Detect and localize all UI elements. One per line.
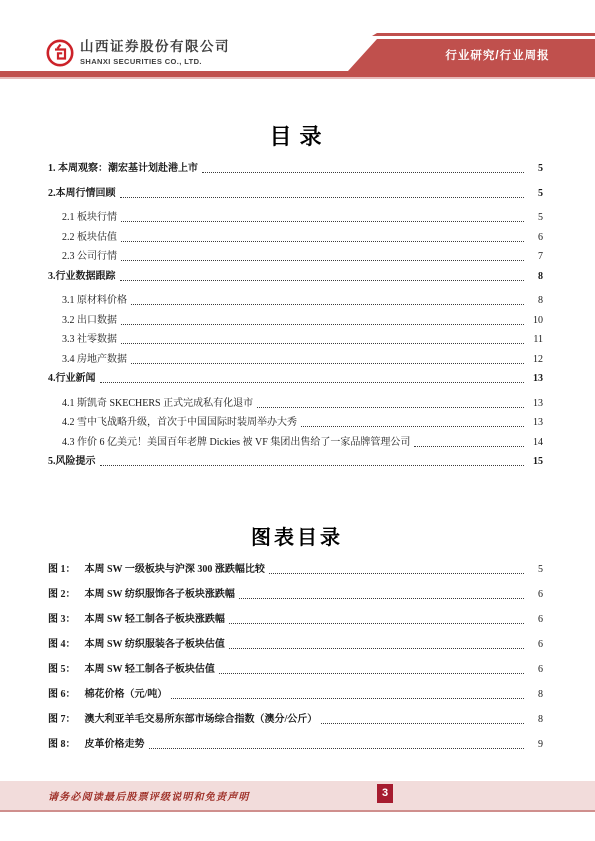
- figure-label: 本周 SW 一级板块与沪深 300 涨跌幅比较: [85, 563, 265, 576]
- toc-row[interactable]: 2.本周行情回顾5: [48, 188, 543, 201]
- toc-entry-page: 12: [527, 354, 543, 367]
- dot-leader: [269, 573, 524, 574]
- toc-entry-label: 2.2 板块估值: [62, 232, 117, 245]
- figure-row[interactable]: 图 2：本周 SW 纺织服饰各子板块涨跌幅6: [48, 588, 543, 601]
- figure-number: 图 6：: [48, 688, 76, 701]
- dot-leader: [301, 426, 524, 427]
- toc-entry-page: 6: [527, 232, 543, 245]
- figure-page: 6: [527, 638, 543, 651]
- figure-row[interactable]: 图 3：本周 SW 轻工制各子板块涨跌幅6: [48, 613, 543, 626]
- toc-row[interactable]: 3.行业数据跟踪8: [48, 271, 543, 284]
- toc-row[interactable]: 3.4 房地产数据12: [48, 354, 543, 367]
- figure-page: 6: [527, 613, 543, 626]
- figure-label: 本周 SW 轻工制各子板块估值: [85, 663, 215, 676]
- dot-leader: [121, 343, 524, 344]
- toc-row[interactable]: 2.2 板块估值6: [48, 232, 543, 245]
- toc-entry-label: 2.本周行情回顾: [48, 188, 116, 201]
- toc-row[interactable]: 4.2 雪中飞战略升级，首次于中国国际时装周举办大秀13: [48, 417, 543, 430]
- figure-label: 皮革价格走势: [85, 738, 145, 751]
- header-rule-light: [0, 77, 595, 79]
- toc-entry-page: 8: [527, 295, 543, 308]
- report-page: 山西证券股份有限公司 SHANXI SECURITIES CO., LTD. 行…: [0, 0, 595, 841]
- dot-leader: [100, 382, 525, 383]
- figure-row[interactable]: 图 4：本周 SW 纺织服装各子板块估值6: [48, 638, 543, 651]
- toc-row[interactable]: 4.1 斯凯奇 SKECHERS 正式完成私有化退市13: [48, 398, 543, 411]
- figure-page: 9: [527, 738, 543, 751]
- toc-entry-page: 8: [527, 271, 543, 284]
- figure-number: 图 1：: [48, 563, 76, 576]
- dot-leader: [171, 698, 524, 699]
- dot-leader: [121, 260, 524, 261]
- toc-title: 目录: [48, 120, 543, 151]
- dot-leader: [120, 197, 525, 198]
- figure-page: 6: [527, 588, 543, 601]
- toc-entry-label: 4.行业新闻: [48, 373, 96, 386]
- dot-leader: [229, 648, 524, 649]
- dot-leader: [321, 723, 524, 724]
- toc-entry-label: 4.2 雪中飞战略升级，首次于中国国际时装周举办大秀: [62, 417, 297, 430]
- toc-entry-label: 3.4 房地产数据: [62, 354, 127, 367]
- company-name: 山西证券股份有限公司: [80, 40, 230, 54]
- toc-entry-page: 11: [527, 334, 543, 347]
- toc-entry-page: 10: [527, 315, 543, 328]
- dot-leader: [121, 221, 524, 222]
- dot-leader: [229, 623, 524, 624]
- figure-row[interactable]: 图 8：皮革价格走势9: [48, 738, 543, 751]
- toc-entry-page: 13: [527, 398, 543, 411]
- figure-number: 图 5：: [48, 663, 76, 676]
- figure-page: 5: [527, 563, 543, 576]
- toc-row[interactable]: 1. 本周观察：潮宏基计划赴港上市5: [48, 163, 543, 176]
- toc-entry-page: 15: [527, 456, 543, 469]
- toc-entry-page: 13: [527, 373, 543, 386]
- figure-number: 图 7：: [48, 713, 76, 726]
- dot-leader: [100, 465, 525, 466]
- figure-number: 图 3：: [48, 613, 76, 626]
- figure-label: 本周 SW 轻工制各子板块涨跌幅: [85, 613, 225, 626]
- toc-entry-page: 7: [527, 251, 543, 264]
- toc-entry-label: 3.2 出口数据: [62, 315, 117, 328]
- toc-entry-label: 3.3 社零数据: [62, 334, 117, 347]
- dot-leader: [257, 407, 524, 408]
- dot-leader: [239, 598, 524, 599]
- toc-list: 1. 本周观察：潮宏基计划赴港上市52.本周行情回顾52.1 板块行情52.2 …: [48, 163, 543, 481]
- toc-entry-label: 2.1 板块行情: [62, 212, 117, 225]
- company-name-block: 山西证券股份有限公司 SHANXI SECURITIES CO., LTD.: [80, 40, 230, 65]
- disclaimer-text: 请务必阅读最后股票评级说明和免责声明: [48, 788, 250, 803]
- figure-label: 棉花价格（元/吨）: [85, 688, 168, 701]
- toc-row[interactable]: 3.3 社零数据11: [48, 334, 543, 347]
- toc-entry-page: 5: [527, 163, 543, 176]
- toc-entry-label: 2.3 公司行情: [62, 251, 117, 264]
- toc-row[interactable]: 3.1 原材料价格8: [48, 295, 543, 308]
- shanxi-securities-logo-icon: [46, 39, 74, 67]
- dot-leader: [120, 280, 525, 281]
- toc-entry-label: 5.风险提示: [48, 456, 96, 469]
- figure-row[interactable]: 图 6：棉花价格（元/吨）8: [48, 688, 543, 701]
- figure-number: 图 4：: [48, 638, 76, 651]
- dot-leader: [414, 446, 524, 447]
- toc-row[interactable]: 2.1 板块行情5: [48, 212, 543, 225]
- toc-row[interactable]: 3.2 出口数据10: [48, 315, 543, 328]
- dot-leader: [131, 304, 524, 305]
- figure-number: 图 8：: [48, 738, 76, 751]
- dot-leader: [121, 241, 524, 242]
- toc-row[interactable]: 5.风险提示15: [48, 456, 543, 469]
- toc-entry-page: 5: [527, 188, 543, 201]
- figures-list: 图 1：本周 SW 一级板块与沪深 300 涨跌幅比较5图 2：本周 SW 纺织…: [48, 563, 543, 763]
- figure-page: 8: [527, 713, 543, 726]
- toc-entry-label: 4.3 作价 6 亿美元！美国百年老牌 Dickies 被 VF 集团出售给了一…: [62, 437, 410, 450]
- toc-entry-label: 3.1 原材料价格: [62, 295, 127, 308]
- figure-row[interactable]: 图 5：本周 SW 轻工制各子板块估值6: [48, 663, 543, 676]
- page-number-badge: 3: [377, 784, 393, 803]
- toc-row[interactable]: 4.3 作价 6 亿美元！美国百年老牌 Dickies 被 VF 集团出售给了一…: [48, 437, 543, 450]
- toc-entry-label: 1. 本周观察：潮宏基计划赴港上市: [48, 163, 198, 176]
- dot-leader: [131, 363, 524, 364]
- company-name-en: SHANXI SECURITIES CO., LTD.: [80, 58, 230, 66]
- figure-page: 8: [527, 688, 543, 701]
- toc-entry-page: 13: [527, 417, 543, 430]
- toc-entry-page: 14: [527, 437, 543, 450]
- footer: 请务必阅读最后股票评级说明和免责声明 3: [0, 781, 595, 812]
- figure-number: 图 2：: [48, 588, 76, 601]
- toc-entry-label: 4.1 斯凯奇 SKECHERS 正式完成私有化退市: [62, 398, 253, 411]
- toc-row[interactable]: 2.3 公司行情7: [48, 251, 543, 264]
- toc-entry-page: 5: [527, 212, 543, 225]
- figure-label: 本周 SW 纺织服装各子板块估值: [85, 638, 225, 651]
- dot-leader: [121, 324, 524, 325]
- toc-row[interactable]: 4.行业新闻13: [48, 373, 543, 386]
- dot-leader: [202, 172, 524, 173]
- figures-title: 图表目录: [48, 521, 543, 550]
- figure-label: 本周 SW 纺织服饰各子板块涨跌幅: [85, 588, 235, 601]
- report-type-label: 行业研究/行业周报: [445, 47, 549, 63]
- toc-entry-label: 3.行业数据跟踪: [48, 271, 116, 284]
- report-type-banner: 行业研究/行业周报: [348, 39, 595, 71]
- dot-leader: [219, 673, 524, 674]
- banner-accent-line: [372, 33, 595, 36]
- dot-leader: [149, 748, 525, 749]
- figure-row[interactable]: 图 1：本周 SW 一级板块与沪深 300 涨跌幅比较5: [48, 563, 543, 576]
- figure-label: 澳大利亚羊毛交易所东部市场综合指数（澳分/公斤）: [85, 713, 318, 726]
- figure-row[interactable]: 图 7：澳大利亚羊毛交易所东部市场综合指数（澳分/公斤）8: [48, 713, 543, 726]
- figure-page: 6: [527, 663, 543, 676]
